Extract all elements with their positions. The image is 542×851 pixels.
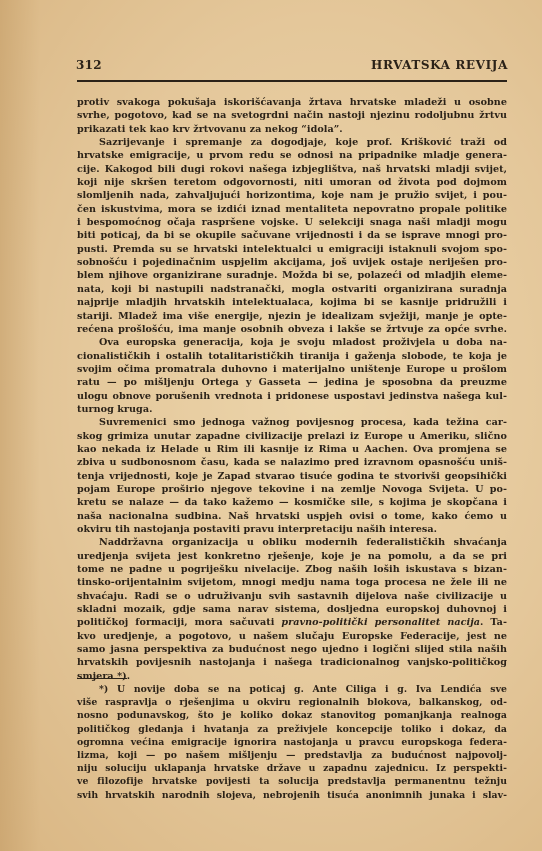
scanned-page: 312 HRVATSKA REVIJA protiv svakoga pokuš… <box>0 0 542 851</box>
text-line: biti poticaj, da bi se okupile sačuvane … <box>77 229 507 242</box>
text-line: svrhe, pogotovo, kad se na svetogrdni na… <box>77 109 507 122</box>
text-line: zbiva u sudbonosnom času, kada se nalazi… <box>77 456 507 469</box>
footnote: *) U novije doba se na poticaj g. Ante C… <box>77 683 507 802</box>
text-line: najprije mladjih hrvatskih intelektualac… <box>77 296 507 309</box>
text-line: tenja vrijednosti, koje je Zapad stvarao… <box>77 470 507 483</box>
footnote-line: svih hrvatskih narodnih slojeva, nebroje… <box>77 789 507 802</box>
footnote-line: ogromna većina emigracije ignorira nasto… <box>77 736 507 749</box>
footnote-line: ve filozofije hrvatske povijesti ta solu… <box>77 775 507 788</box>
text-line: kao nekada iz Helade u Rim ili kasnije i… <box>77 443 507 456</box>
footnote-line: lizma, koji — po našem mišljenju — preds… <box>77 749 507 762</box>
text-line: pusti. Premda su se hrvatski intelektual… <box>77 243 507 256</box>
text-line: pojam Europe proširio njegove tekovine i… <box>77 483 507 496</box>
text-line: uredjenja svijeta jest konkretno rješenj… <box>77 550 507 563</box>
text-line: protiv svakoga pokušaja iskorišćavanja ž… <box>77 96 507 109</box>
footnote-line: *) U novije doba se na poticaj g. Ante C… <box>77 683 507 696</box>
footnote-rule <box>77 678 127 679</box>
text-line: svojim očima promatrala duhovno i materi… <box>77 363 507 376</box>
paragraph-start-line: Suvremenici smo jednoga važnog povijesno… <box>77 416 507 429</box>
text-line: nata, koji bi nastupili nadstranački, mo… <box>77 283 507 296</box>
text-line: cionalističkih i ostalih totalitarističk… <box>77 350 507 363</box>
text-line: skog grimiza unutar zapadne civilizacije… <box>77 430 507 443</box>
text-segment: političkoj formaciji, mora sačuvati <box>77 617 281 628</box>
text-line: blem njihove organizirane suradnje. Možd… <box>77 269 507 282</box>
text-line: cije. Kakogod bili dugi rokovi našega iz… <box>77 163 507 176</box>
text-line-with-italic: političkoj formaciji, mora sačuvati prav… <box>77 616 507 629</box>
text-line: smjera *). <box>77 670 507 683</box>
paragraph-start-line: Naddržavna organizacija u obliku moderni… <box>77 536 507 549</box>
page-edge-shadow <box>0 0 40 851</box>
text-line: hrvatskih povijesnih nastojanja i našega… <box>77 656 507 669</box>
text-line: tome ne padne u pogriješku nivelacije. Z… <box>77 563 507 576</box>
text-segment: . Ta- <box>480 617 507 628</box>
text-line: i bespomoćnog očaja raspršene vojske. U … <box>77 216 507 229</box>
text-line: ulogu obnove porušenih vrednota i pridon… <box>77 390 507 403</box>
text-line: kvo uredjenje, a pogotovo, u našem sluča… <box>77 630 507 643</box>
footnote-line: niju soluciju uklapanja hrvatske države … <box>77 762 507 775</box>
text-line: ratu — po mišljenju Ortega y Gasseta — j… <box>77 376 507 389</box>
running-title: HRVATSKA REVIJA <box>371 58 508 72</box>
body-text: protiv svakoga pokušaja iskorišćavanja ž… <box>77 96 507 683</box>
text-line: stariji. Mladež ima više energije, njezi… <box>77 310 507 323</box>
footnote-line: političkog gledanja i hvatanja za preživ… <box>77 723 507 736</box>
text-line: hrvatske emigracije, u prvom redu se odn… <box>77 149 507 162</box>
paragraph-start-line: Sazrijevanje i spremanje za dogodjaje, k… <box>77 136 507 149</box>
text-line: sobnošću i pojedinačnim uspjelim akcijam… <box>77 256 507 269</box>
text-line: samo jasna perspektiva za budućnost nego… <box>77 643 507 656</box>
text-line: turnog kruga. <box>77 403 507 416</box>
text-line: rećena prošlošću, ima manje osobnih obve… <box>77 323 507 336</box>
text-line: koji nije skršen teretom odgovornosti, n… <box>77 176 507 189</box>
italic-phrase: pravno-politički personalitet nacija <box>281 617 480 628</box>
running-header: 312 HRVATSKA REVIJA <box>76 58 508 78</box>
text-line: naša nacionalna sudbina. Naš hrvatski us… <box>77 510 507 523</box>
text-line: prikazati tek kao krv žrtvovanu za nekog… <box>77 123 507 136</box>
text-line: shvaćaju. Radi se o udruživanju svih sas… <box>77 590 507 603</box>
text-line: slomljenih nada, zahvaljujući horizontim… <box>77 189 507 202</box>
header-rule <box>77 80 507 82</box>
text-line: skladni mozaik, gdje sama narav sistema,… <box>77 603 507 616</box>
text-line: okviru tih nastojanja postaviti pravu in… <box>77 523 507 536</box>
page-number: 312 <box>76 58 102 72</box>
text-line: čen iskustvima, mora se izdići iznad men… <box>77 203 507 216</box>
footnote-line: nosno podunavskog, što je koliko dokaz s… <box>77 709 507 722</box>
text-line: kretu se nalaze — da tako kažemo — kosmi… <box>77 496 507 509</box>
paragraph-start-line: Ova europska generacija, koja je svoju m… <box>77 336 507 349</box>
text-line: tinsko-orijentalnim svijetom, mnogi medj… <box>77 576 507 589</box>
footnote-line: više raspravlja o rješenjima u okviru re… <box>77 696 507 709</box>
